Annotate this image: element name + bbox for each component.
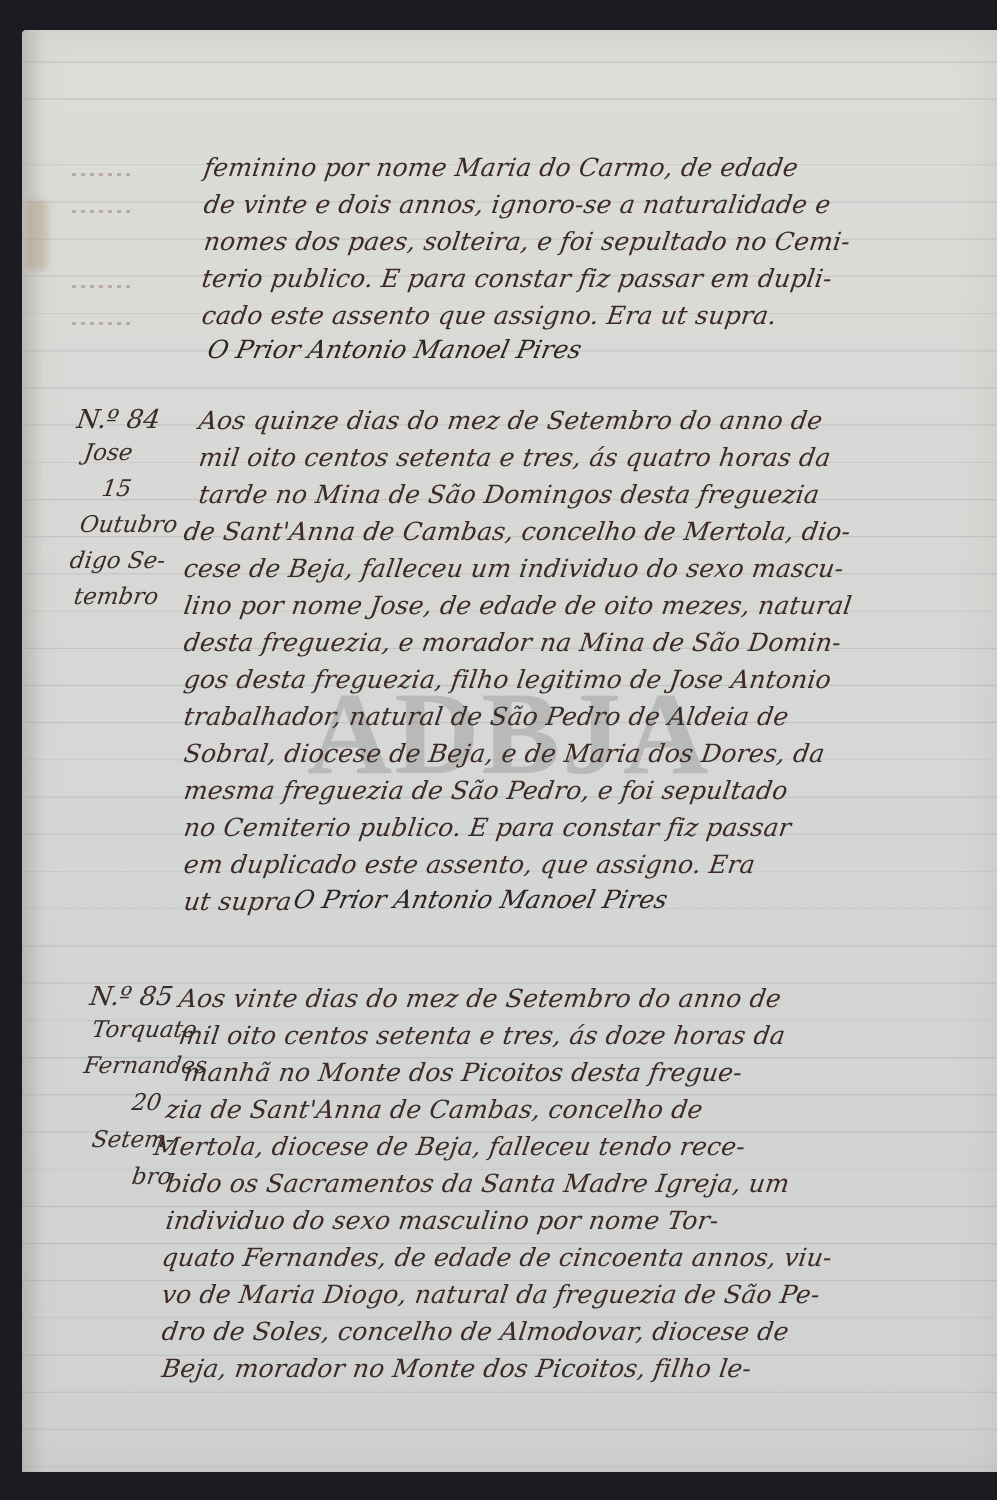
text-line: Beja, morador no Monte dos Picoitos, fil… <box>160 1354 753 1383</box>
text-line: mil oito centos setenta e tres, ás quatr… <box>197 443 833 472</box>
paper-stain <box>26 200 48 270</box>
text-line: de Sant'Anna de Cambas, concelho de Mert… <box>182 517 852 546</box>
margin-month-correction: tembro <box>72 584 160 610</box>
text-line: Sobral, diocese de Beja, e de Maria dos … <box>182 739 827 768</box>
text-line: manhã no Monte dos Picoitos desta fregue… <box>182 1058 744 1087</box>
text-line: quato Fernandes, de edade de cincoenta a… <box>160 1243 834 1272</box>
text-line: de vinte e dois annos, ignoro-se a natur… <box>202 190 833 219</box>
ink-bleed <box>72 173 132 176</box>
margin-day: 15 <box>100 476 133 502</box>
text-line: Mertola, diocese de Beja, falleceu tendo… <box>152 1132 747 1161</box>
signature: O Prior Antonio Manoel Pires <box>205 335 584 364</box>
text-line: zia de Sant'Anna de Cambas, concelho de <box>164 1095 705 1124</box>
text-line: lino por nome Jose, de edade de oito mez… <box>182 591 854 620</box>
entry-number: N.º 84 <box>75 405 162 435</box>
text-line: dro de Soles, concelho de Almodovar, dio… <box>160 1317 791 1346</box>
text-line: ut supra <box>182 887 294 916</box>
text-line: individuo do sexo masculino por nome Tor… <box>164 1206 721 1235</box>
manuscript-page: ADBJA feminino por nome Maria do Carmo, … <box>22 30 997 1472</box>
text-line: no Cemiterio publico. E para constar fiz… <box>182 813 793 842</box>
text-line: gos desta freguezia, filho legitimo de J… <box>182 665 833 694</box>
entry-number: N.º 85 <box>88 982 175 1012</box>
text-line: Aos vinte dias do mez de Setembro do ann… <box>177 984 783 1013</box>
text-line: trabalhador, natural de São Pedro de Ald… <box>182 702 791 731</box>
text-line: em duplicado este assento, que assigno. … <box>182 850 757 879</box>
text-line: cese de Beja, falleceu um individuo do s… <box>182 554 845 583</box>
margin-month: Outubro <box>78 512 179 538</box>
text-line: terio publico. E para constar fiz passar… <box>200 264 834 293</box>
text-line: tarde no Mina de São Domingos desta freg… <box>197 480 821 509</box>
margin-day: 20 <box>130 1090 163 1116</box>
ink-bleed <box>72 285 132 288</box>
ink-bleed <box>72 210 132 213</box>
margin-month-correction: digo Se- <box>68 548 167 574</box>
ink-bleed <box>72 322 132 325</box>
margin-name: Jose <box>82 440 134 466</box>
text-line: nomes dos paes, solteira, e foi sepultad… <box>202 227 852 256</box>
text-line: cado este assento que assigno. Era ut su… <box>200 301 779 330</box>
text-line: mesma freguezia de São Pedro, e foi sepu… <box>182 776 790 805</box>
text-line: desta freguezia, e morador na Mina de Sã… <box>182 628 843 657</box>
text-line: Aos quinze dias do mez de Setembro do an… <box>197 406 824 435</box>
text-line: mil oito centos setenta e tres, ás doze … <box>177 1021 787 1050</box>
signature: O Prior Antonio Manoel Pires <box>291 885 670 914</box>
text-line: bido os Sacramentos da Santa Madre Igrej… <box>164 1169 791 1198</box>
text-line: feminino por nome Maria do Carmo, de eda… <box>202 153 800 182</box>
text-line: vo de Maria Diogo, natural da freguezia … <box>160 1280 822 1309</box>
